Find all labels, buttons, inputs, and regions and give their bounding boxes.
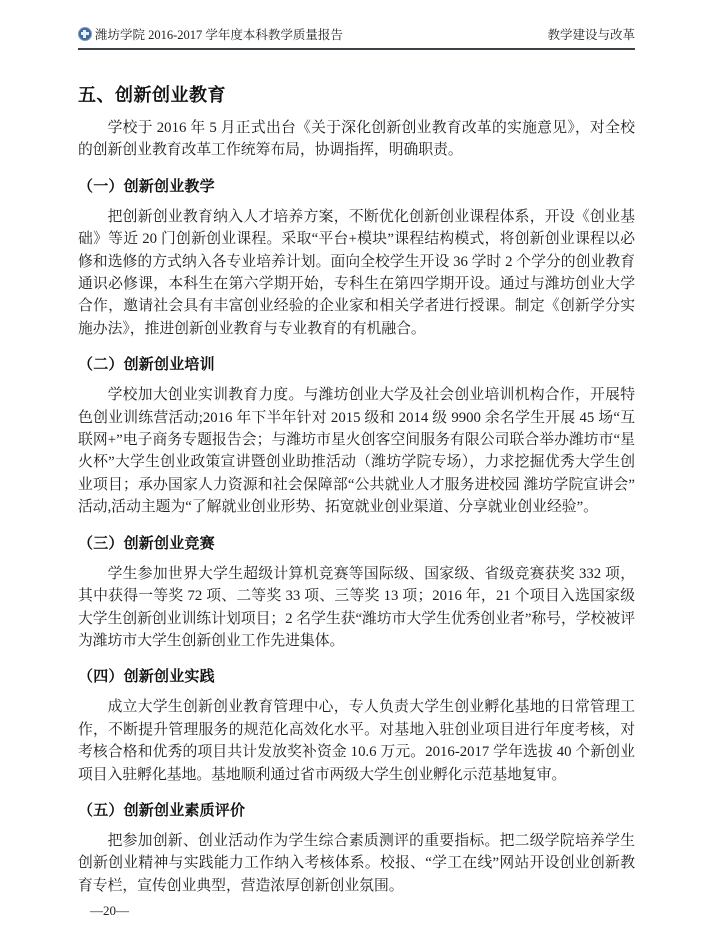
- page-number: —20—: [90, 903, 129, 919]
- subsection-heading-2: （二）创新创业培训: [78, 353, 635, 374]
- subsection-heading-5: （五）创新创业素质评价: [78, 799, 635, 820]
- subsection-body-5: 把参加创新、创业活动作为学生综合素质测评的重要指标。把二级学院培养学生创新创业精…: [78, 830, 635, 897]
- document-page: 潍坊学院 2016-2017 学年度本科教学质量报告 教学建设与改革 五、创新创…: [0, 0, 709, 897]
- university-emblem-icon: [78, 27, 92, 41]
- header-chapter-title: 教学建设与改革: [547, 25, 635, 43]
- header-report-title: 潍坊学院 2016-2017 学年度本科教学质量报告: [95, 25, 343, 43]
- subsection-body-2: 学校加大创业实训教育力度。与潍坊创业大学及社会创业培训机构合作，开展特色创业训练…: [78, 384, 635, 518]
- section-title: 五、创新创业教育: [78, 81, 635, 107]
- subsection-body-4: 成立大学生创新创业教育管理中心，专人负责大学生创业孵化基地的日常管理工作，不断提…: [78, 696, 635, 786]
- header-left: 潍坊学院 2016-2017 学年度本科教学质量报告: [78, 25, 343, 43]
- subsection-heading-3: （三）创新创业竞赛: [78, 532, 635, 553]
- intro-paragraph: 学校于 2016 年 5 月正式出台《关于深化创新创业教育改革的实施意见》，对全…: [78, 117, 635, 162]
- subsection-body-1: 把创新创业教育纳入人才培养方案，不断优化创新创业课程体系，开设《创业基础》等近 …: [78, 206, 635, 340]
- subsection-body-3: 学生参加世界大学生超级计算机竞赛等国际级、国家级、省级竞赛获奖 332 项，其中…: [78, 563, 635, 653]
- subsection-heading-1: （一）创新创业教学: [78, 175, 635, 196]
- page-header: 潍坊学院 2016-2017 学年度本科教学质量报告 教学建设与改革: [78, 25, 635, 50]
- subsection-heading-4: （四）创新创业实践: [78, 665, 635, 686]
